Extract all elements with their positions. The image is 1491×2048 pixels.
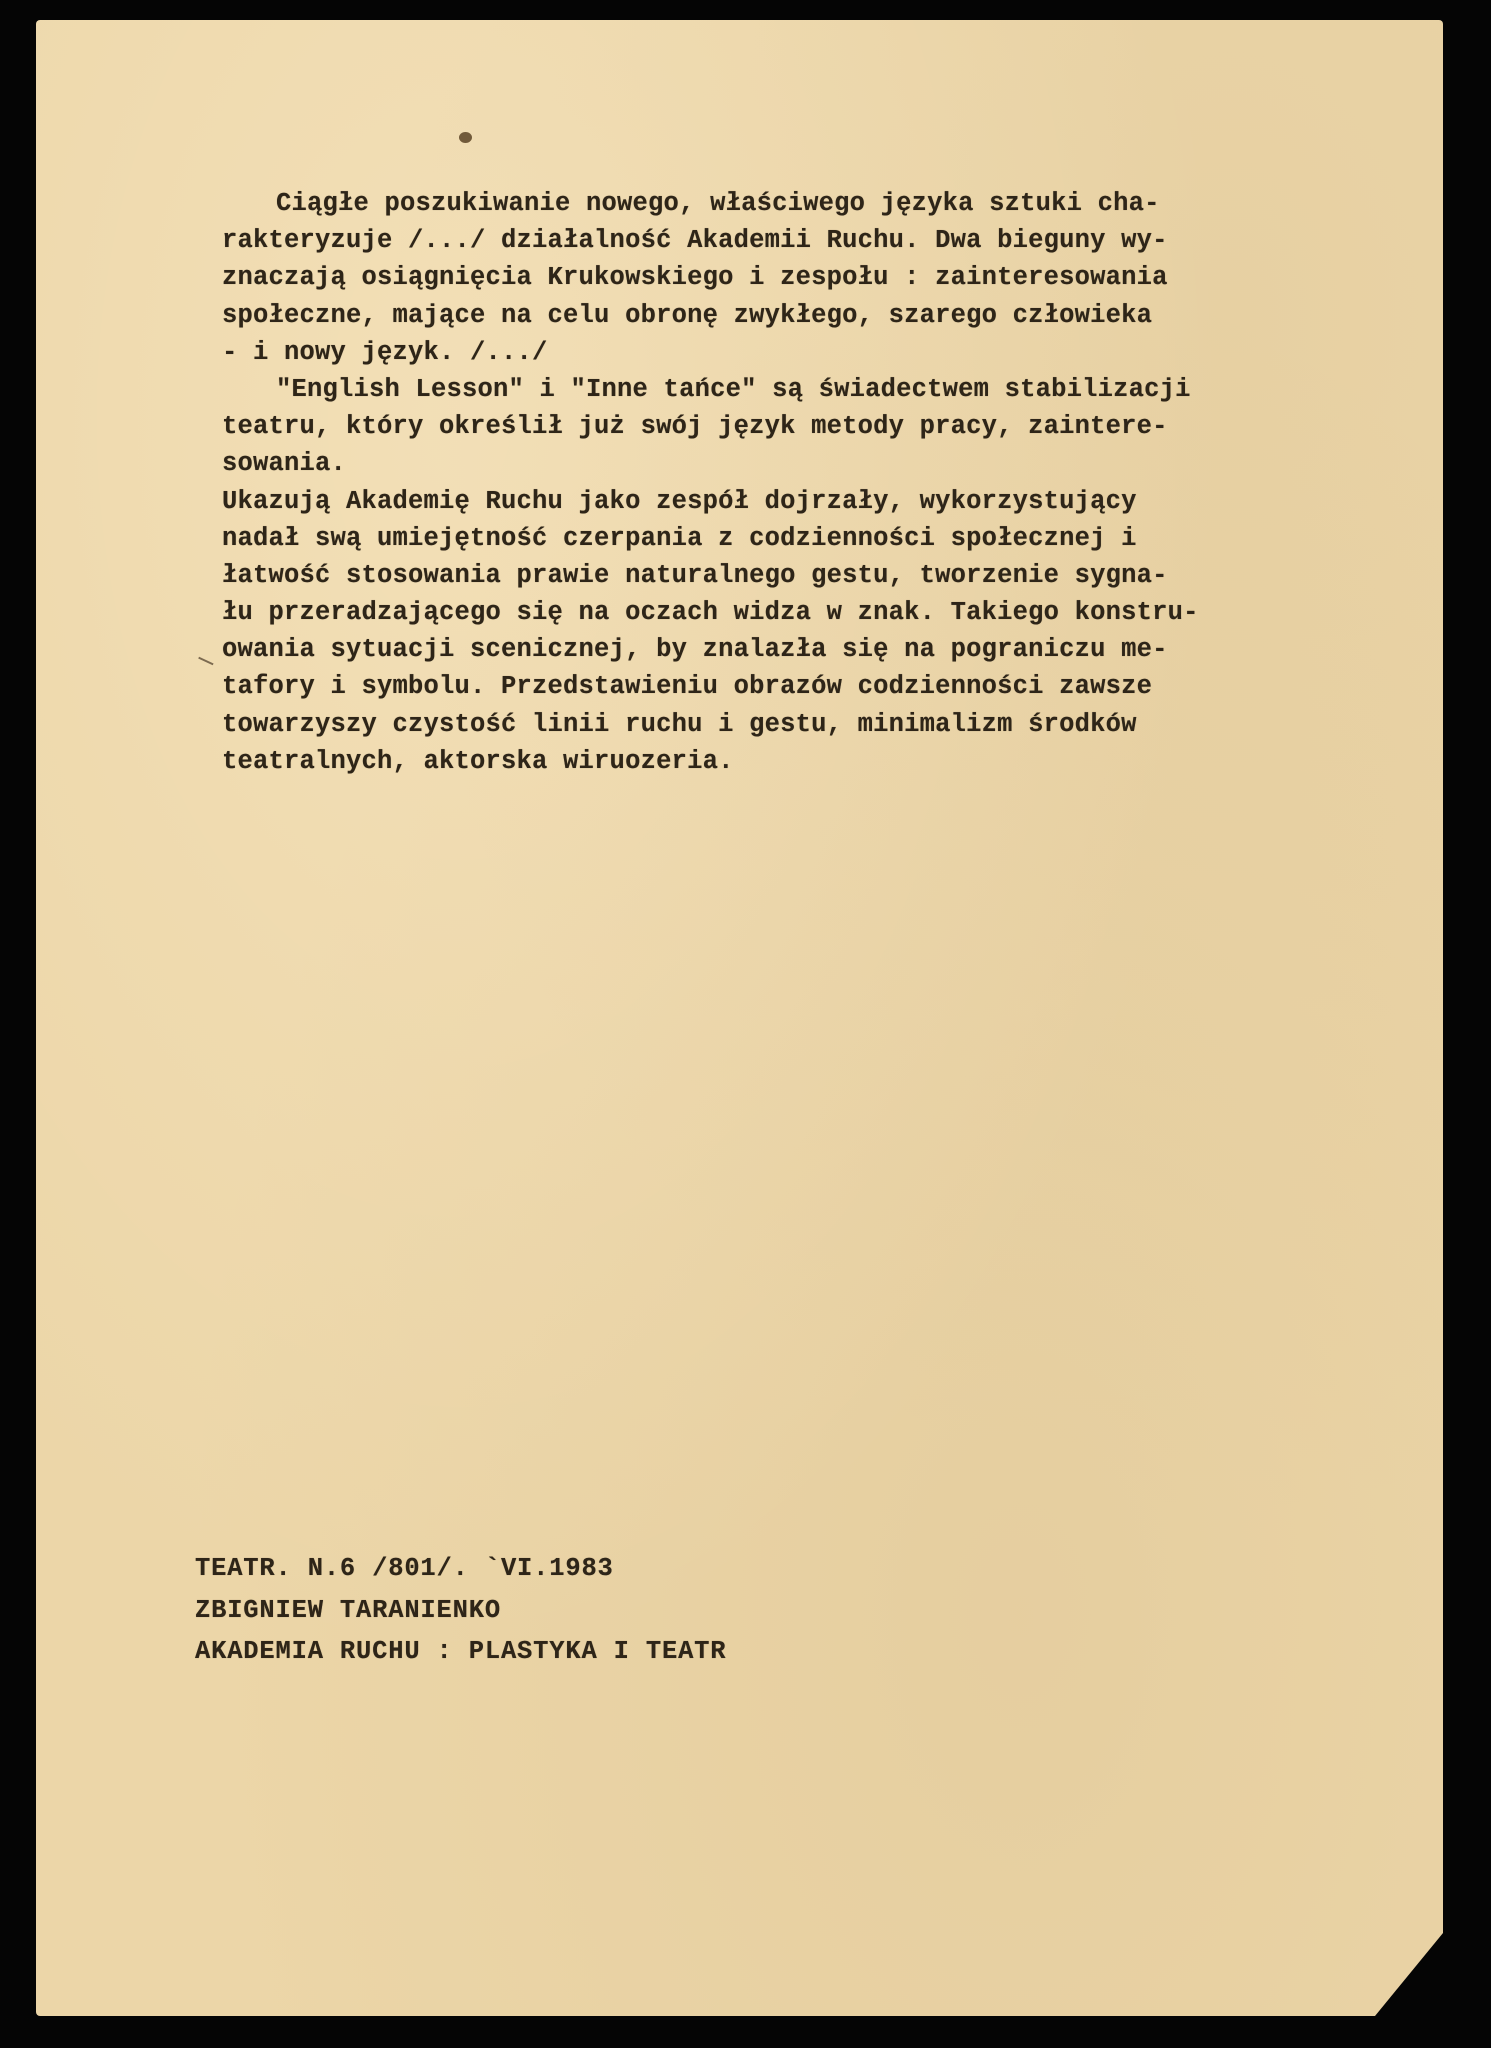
text-line: rakteryzuje /.../ działalność Akademii R… [222, 222, 1342, 259]
text-line: znaczają osiągnięcia Krukowskiego i zesp… [222, 259, 1342, 296]
text-line: tafory i symbolu. Przedstawieniu obrazów… [222, 668, 1342, 705]
text-line: łatwość stosowania prawie naturalnego ge… [222, 557, 1342, 594]
ink-spot [459, 132, 472, 143]
text-line: towarzyszy czystość linii ruchu i gestu,… [222, 706, 1342, 743]
citation-footer: TEATR. N.6 /801/. `VI.1983 ZBIGNIEW TARA… [195, 1548, 726, 1673]
quoted-review-text: Ciągłe poszukiwanie nowego, właściwego j… [222, 185, 1342, 780]
text-line: sowania. [222, 445, 1342, 482]
typewritten-page: Ciągłe poszukiwanie nowego, właściwego j… [36, 20, 1443, 2016]
text-line: owania sytuacji scenicznej, by znalazła … [222, 631, 1342, 668]
citation-author: ZBIGNIEW TARANIENKO [195, 1590, 726, 1632]
text-line: Ciągłe poszukiwanie nowego, właściwego j… [222, 185, 1342, 222]
text-line: społeczne, mające na celu obronę zwykłeg… [222, 297, 1342, 334]
text-line: teatralnych, aktorska wiruozeria. [222, 743, 1342, 780]
paper-fiber-mark [198, 657, 213, 665]
text-line: "English Lesson" i "Inne tańce" są świad… [222, 371, 1342, 408]
text-line: teatru, który określił już swój język me… [222, 408, 1342, 445]
text-line: Ukazują Akademię Ruchu jako zespół dojrz… [222, 483, 1342, 520]
citation-title: AKADEMIA RUCHU : PLASTYKA I TEATR [195, 1631, 726, 1673]
text-line: nadał swą umiejętność czerpania z codzie… [222, 520, 1342, 557]
citation-source: TEATR. N.6 /801/. `VI.1983 [195, 1548, 726, 1590]
text-line: - i nowy język. /.../ [222, 334, 1342, 371]
text-line: łu przeradzającego się na oczach widza w… [222, 594, 1342, 631]
